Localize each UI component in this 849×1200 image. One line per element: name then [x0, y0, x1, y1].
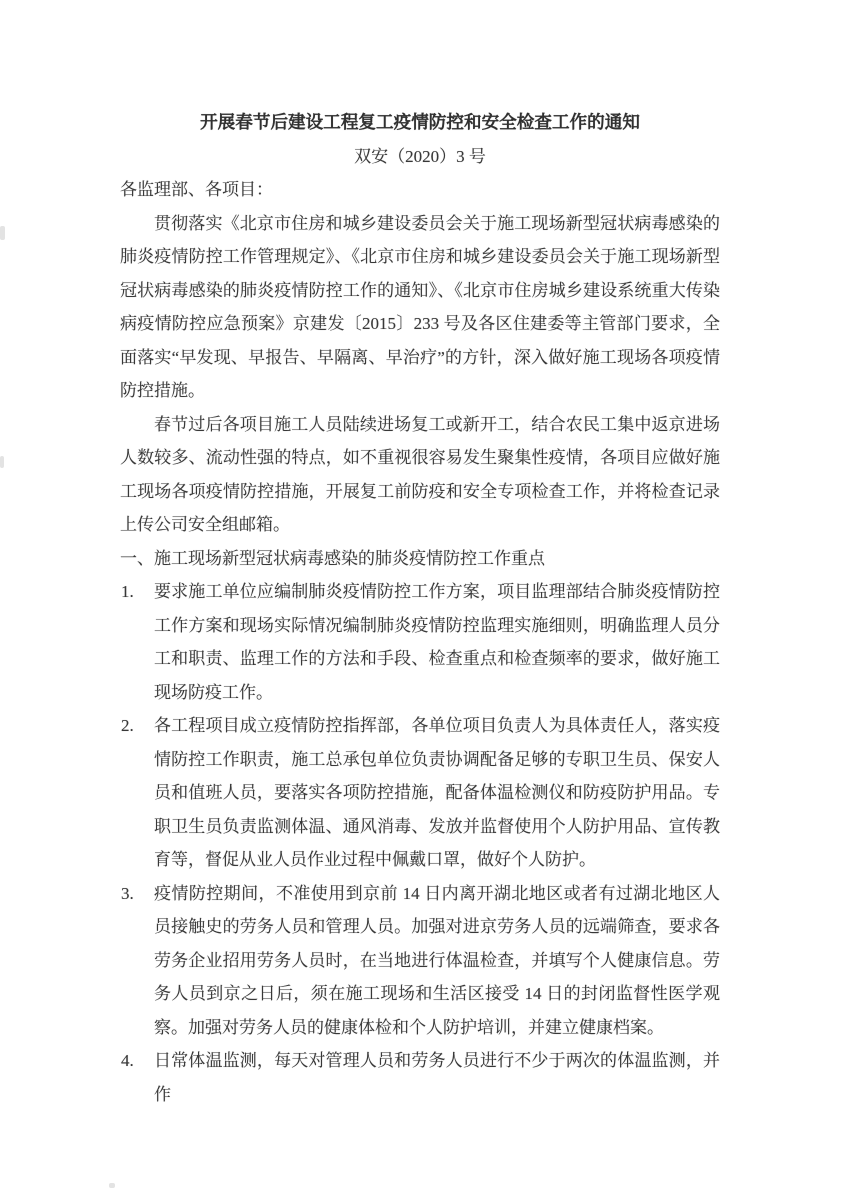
list-item-text: 要求施工单位应编制肺炎疫情防控工作方案，项目监理部结合肺炎疫情防控工作方案和现场…	[154, 575, 720, 709]
list-item-number: 2.	[121, 709, 134, 743]
document-page: 开展春节后建设工程复工疫情防控和安全检查工作的通知 双安（2020）3 号 各监…	[0, 0, 849, 1200]
list-item: 3. 疫情防控期间，不准使用到京前 14 日内离开湖北地区或者有过湖北地区人员接…	[120, 877, 720, 1045]
list-item-number: 3.	[121, 877, 134, 911]
list-item: 2. 各工程项目成立疫情防控指挥部，各单位项目负责人为具体责任人，落实疫情防控工…	[120, 709, 720, 877]
list-item-text: 日常体温监测，每天对管理人员和劳务人员进行不少于两次的体温监测，并作	[154, 1044, 720, 1111]
salutation: 各监理部、各项目：	[120, 173, 720, 207]
list-item: 1. 要求施工单位应编制肺炎疫情防控工作方案，项目监理部结合肺炎疫情防控工作方案…	[120, 575, 720, 709]
list-item-number: 4.	[121, 1044, 134, 1078]
list-item-text: 各工程项目成立疫情防控指挥部，各单位项目负责人为具体责任人，落实疫情防控工作职责…	[154, 709, 720, 877]
document-content: 开展春节后建设工程复工疫情防控和安全检查工作的通知 双安（2020）3 号 各监…	[120, 106, 720, 1111]
document-title: 开展春节后建设工程复工疫情防控和安全检查工作的通知	[120, 106, 720, 140]
paragraph-background: 春节过后各项目施工人员陆续进场复工或新开工，结合农民工集中返京进场人数较多、流动…	[120, 408, 720, 542]
section-heading: 一、施工现场新型冠状病毒感染的肺炎疫情防控工作重点	[120, 542, 720, 576]
list-item-text: 疫情防控期间，不准使用到京前 14 日内离开湖北地区或者有过湖北地区人员接触史的…	[154, 877, 720, 1045]
scan-artifact	[109, 1183, 115, 1188]
paragraph-implementation-basis: 贯彻落实《北京市住房和城乡建设委员会关于施工现场新型冠状病毒感染的肺炎疫情防控工…	[120, 207, 720, 408]
scan-artifact	[0, 226, 5, 240]
scan-artifact	[0, 456, 4, 468]
list-item-number: 1.	[121, 575, 134, 609]
document-number: 双安（2020）3 号	[120, 140, 720, 174]
list-item: 4. 日常体温监测，每天对管理人员和劳务人员进行不少于两次的体温监测，并作	[120, 1044, 720, 1111]
numbered-list: 1. 要求施工单位应编制肺炎疫情防控工作方案，项目监理部结合肺炎疫情防控工作方案…	[120, 575, 720, 1111]
